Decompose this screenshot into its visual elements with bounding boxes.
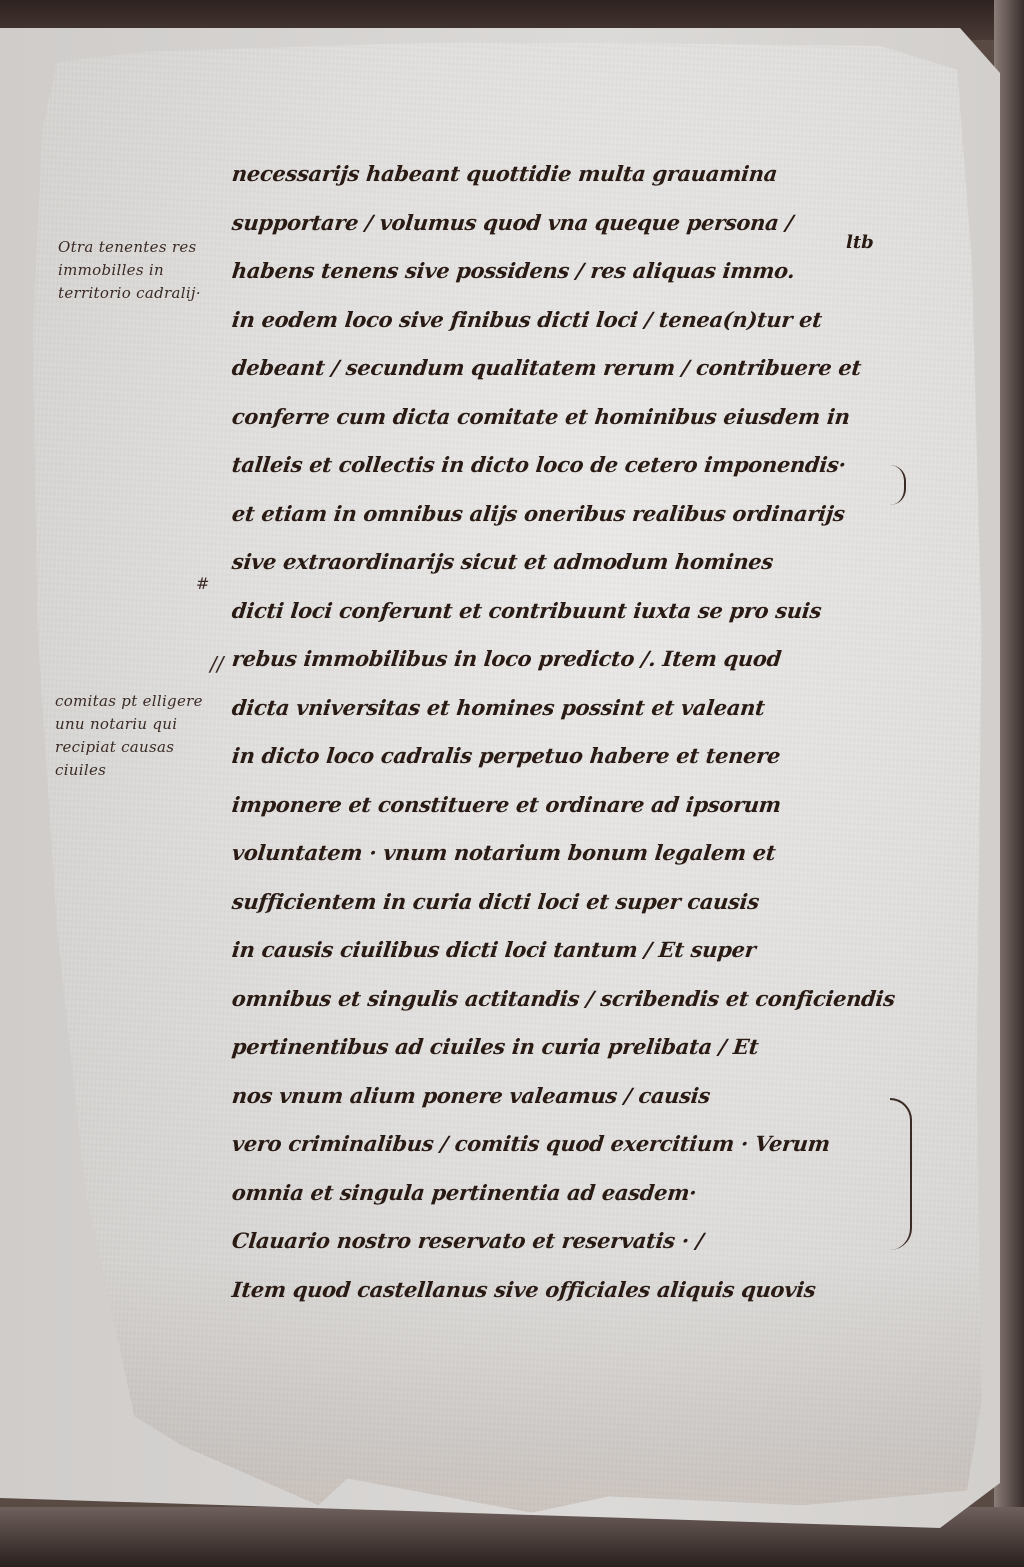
text-line: nos vnum alium ponere valeamus / causis	[229, 1072, 914, 1121]
marginal-note-line: comitas pt elligere	[55, 690, 203, 713]
text-line: talleis et collectis in dicto loco de ce…	[229, 441, 914, 490]
marginal-note-line: unu notariu qui	[55, 713, 203, 736]
text-line: dicta vniversitas et homines possint et …	[229, 684, 914, 733]
text-line: sufficientem in curia dicti loci et supe…	[229, 878, 914, 927]
text-line: necessarijs habeant quottidie multa grau…	[229, 150, 914, 199]
hash-mark: #	[196, 574, 209, 593]
text-line: omnia et singula pertinentia ad easdem·	[229, 1169, 914, 1218]
marginal-note-line: territorio cadralij·	[58, 282, 201, 305]
slash-mark: //	[210, 652, 223, 676]
marginal-note-line: immobilles in	[58, 259, 201, 282]
text-line: dicti loci conferunt et contribuunt iuxt…	[229, 587, 914, 636]
text-line: omnibus et singulis actitandis / scriben…	[229, 975, 914, 1024]
text-line: pertinentibus ad ciuiles in curia prelib…	[229, 1023, 914, 1072]
text-line: debeant / secundum qualitatem rerum / co…	[229, 344, 914, 393]
text-line: supportare / volumus quod vna queque per…	[229, 199, 914, 248]
text-line: in causis ciuilibus dicti loci tantum / …	[229, 926, 914, 975]
text-line: in dicto loco cadralis perpetuo habere e…	[229, 732, 914, 781]
text-line: rebus immobilibus in loco predicto /. It…	[229, 635, 914, 684]
marginal-note-immovable-property: Otra tenentes res immobilles in territor…	[58, 236, 201, 305]
text-line: sive extraordinarijs sicut et admodum ho…	[229, 538, 914, 587]
text-line: voluntatem · vnum notarium bonum legalem…	[229, 829, 914, 878]
text-line: Item quod castellanus sive officiales al…	[229, 1266, 914, 1315]
main-text-block: necessarijs habeant quottidie multa grau…	[232, 150, 912, 1314]
marginal-note-notary: comitas pt elligere unu notariu qui reci…	[55, 690, 203, 782]
text-line: conferre cum dicta comitate et hominibus…	[229, 393, 914, 442]
text-line: imponere et constituere et ordinare ad i…	[229, 781, 914, 830]
text-line: in eodem loco sive finibus dicti loci / …	[229, 296, 914, 345]
marginal-note-line: ciuiles	[55, 759, 203, 782]
marginal-note-line: Otra tenentes res	[58, 236, 201, 259]
text-line: vero criminalibus / comitis quod exercit…	[229, 1120, 914, 1169]
text-line: Clauario nostro reservato et reservatis …	[229, 1217, 914, 1266]
text-line: et etiam in omnibus alijs oneribus reali…	[229, 490, 914, 539]
text-line: habens tenens sive possidens / res aliqu…	[229, 247, 914, 296]
marginal-note-line: recipiat causas	[55, 736, 203, 759]
